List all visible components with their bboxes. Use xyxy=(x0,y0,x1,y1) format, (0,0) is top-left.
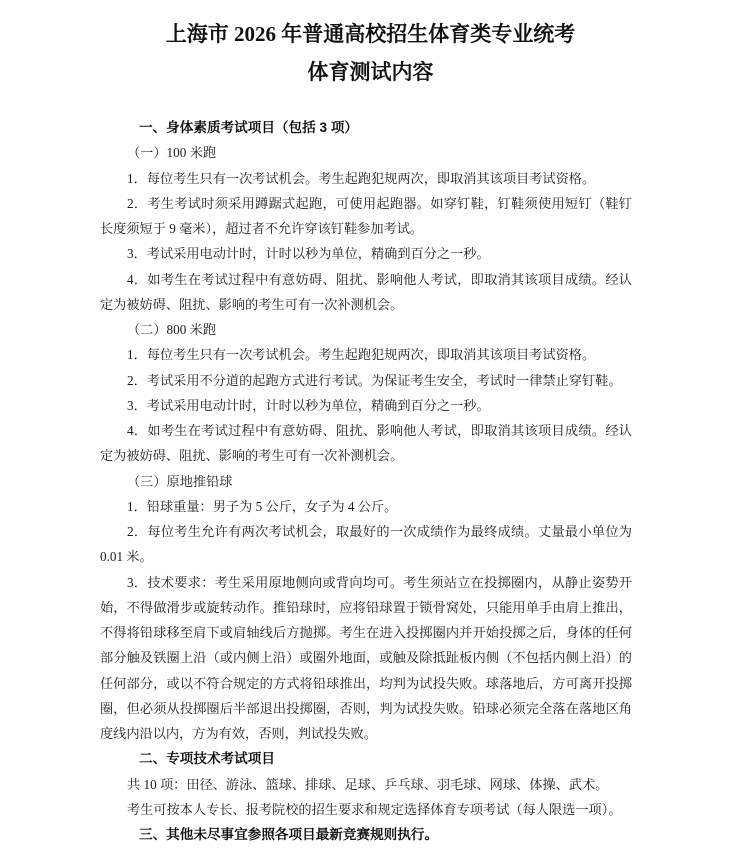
doc-line: 2．考试采用不分道的起跑方式进行考试。为保证考生安全，考试时一律禁止穿钉鞋。 xyxy=(100,368,632,393)
document-page: 上海市 2026 年普通高校招生体育类专业统考 体育测试内容 一、身体素质考试项… xyxy=(0,0,741,863)
doc-line: 0.01 米。 xyxy=(100,544,632,569)
doc-line: 任何部分，或以不符合规定的方式将铅球推出，均判为试投失败。球落地后，方可离开投掷 xyxy=(100,671,632,696)
doc-line: 度线内沿以内，方为有效，否则，判试投失败。 xyxy=(100,721,632,746)
document-body: 一、身体素质考试项目（包括 3 项） （一）100 米跑 1．每位考生只有一次考… xyxy=(100,115,632,847)
subsection-heading: （二）800 米跑 xyxy=(100,317,632,342)
document-title-line-1: 上海市 2026 年普通高校招生体育类专业统考 xyxy=(0,15,741,53)
doc-line: 1．铅球重量：男子为 5 公斤，女子为 4 公斤。 xyxy=(100,494,632,519)
doc-line: 4．如考生在考试过程中有意妨碍、阻扰、影响他人考试，即取消其该项目成绩。经认 xyxy=(100,267,632,292)
doc-line: 4．如考生在考试过程中有意妨碍、阻扰、影响他人考试，即取消其该项目成绩。经认 xyxy=(100,418,632,443)
doc-line: 圈，但必须从投掷圈后半部退出投掷圈，否则，判为试投失败。铅球必须完全落在落地区角 xyxy=(100,696,632,721)
section-heading-1: 一、身体素质考试项目（包括 3 项） xyxy=(100,115,632,140)
section-heading-3: 三、其他未尽事宜参照各项目最新竞赛规则执行。 xyxy=(100,822,632,847)
doc-line: 1．每位考生只有一次考试机会。考生起跑犯规两次，即取消其该项目考试资格。 xyxy=(100,342,632,367)
subsection-heading: （三）原地推铅球 xyxy=(100,469,632,494)
doc-line: 始，不得做滑步或旋转动作。推铅球时，应将铅球置于锁骨窝处，只能用单手由肩上推出， xyxy=(100,595,632,620)
subsection-heading: （一）100 米跑 xyxy=(100,140,632,165)
doc-line: 考生可按本人专长、报考院校的招生要求和规定选择体育专项考试（每人限选一项）。 xyxy=(100,797,632,822)
doc-line: 1．每位考生只有一次考试机会。考生起跑犯规两次，即取消其该项目考试资格。 xyxy=(100,166,632,191)
doc-line: 2．每位考生允许有两次考试机会，取最好的一次成绩作为最终成绩。丈量最小单位为 xyxy=(100,519,632,544)
doc-line: 长度须短于 9 毫米），超过者不允许穿该钉鞋参加考试。 xyxy=(100,216,632,241)
doc-line: 不得将铅球移至肩下或肩轴线后方抛掷。考生在进入投掷圈内并开始投掷之后，身体的任何 xyxy=(100,620,632,645)
doc-line: 定为被妨碍、阻扰、影响的考生可有一次补测机会。 xyxy=(100,443,632,468)
document-title: 上海市 2026 年普通高校招生体育类专业统考 体育测试内容 xyxy=(0,15,741,91)
doc-line: 3．技术要求：考生采用原地侧向或背向均可。考生须站立在投掷圈内，从静止姿势开 xyxy=(100,570,632,595)
doc-line: 共 10 项：田径、游泳、篮球、排球、足球、乒乓球、羽毛球、网球、体操、武术。 xyxy=(100,772,632,797)
doc-line: 2．考生考试时须采用蹲踞式起跑，可使用起跑器。如穿钉鞋，钉鞋须使用短钉（鞋钉 xyxy=(100,191,632,216)
doc-line: 定为被妨碍、阻扰、影响的考生可有一次补测机会。 xyxy=(100,292,632,317)
doc-line: 3．考试采用电动计时，计时以秒为单位，精确到百分之一秒。 xyxy=(100,393,632,418)
doc-line: 部分触及铁圈上沿（或内侧上沿）或圈外地面，或触及除抵趾板内侧（不包括内侧上沿）的 xyxy=(100,645,632,670)
doc-line: 3．考试采用电动计时，计时以秒为单位，精确到百分之一秒。 xyxy=(100,241,632,266)
section-heading-2: 二、专项技术考试项目 xyxy=(100,746,632,771)
document-title-line-2: 体育测试内容 xyxy=(0,53,741,91)
